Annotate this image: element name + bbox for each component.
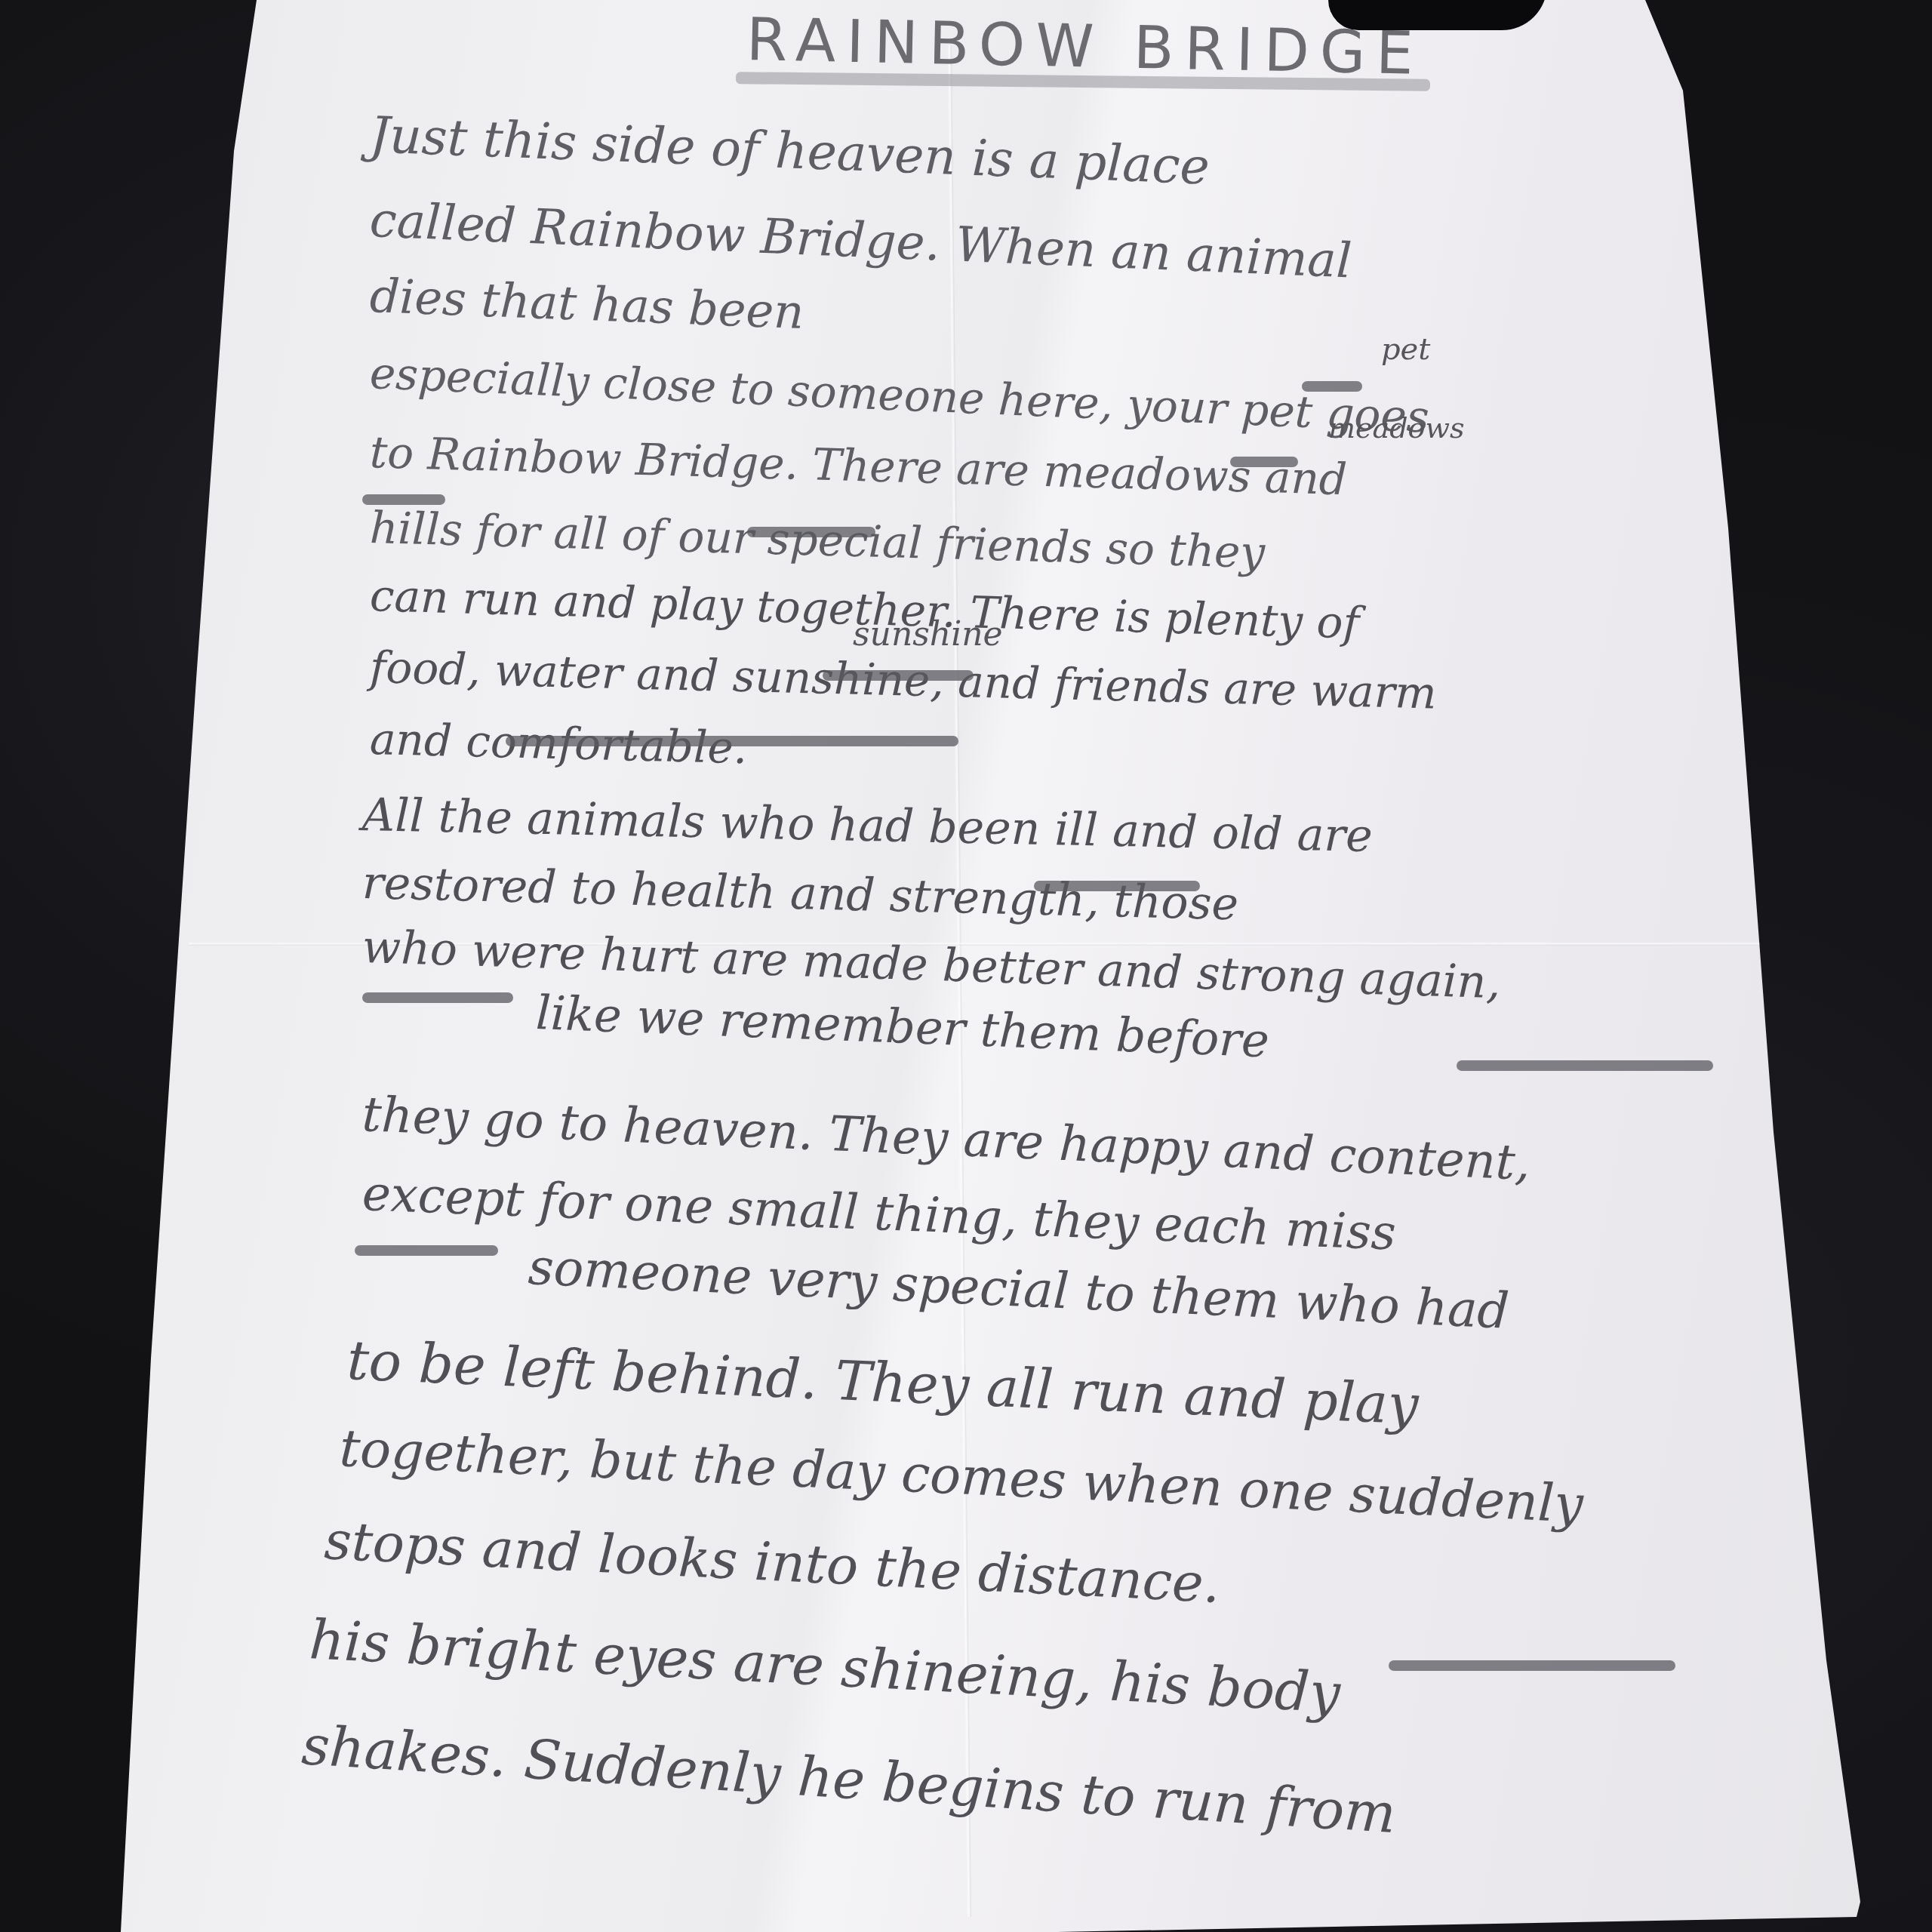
text-line: dies that has been xyxy=(369,268,805,340)
text-line: stops and looks into the distance. xyxy=(323,1509,1222,1615)
text-line: shakes. Suddenly he begins to run from xyxy=(300,1713,1398,1845)
text-line: especially close to someone here, your p… xyxy=(369,347,1430,443)
text-line: his bright eyes are shineing, his body xyxy=(308,1607,1342,1724)
text-line: Just this side of heaven is a place xyxy=(369,106,1211,196)
inserted-word: meadows xyxy=(1328,411,1464,445)
strikethrough xyxy=(362,494,445,505)
inserted-word: sunshine xyxy=(853,615,1003,654)
tape-corner xyxy=(1328,0,1547,30)
strikethrough xyxy=(506,736,958,746)
strikethrough xyxy=(747,527,875,537)
text-line: except for one small thing, they each mi… xyxy=(361,1166,1398,1262)
strikethrough xyxy=(1302,381,1362,392)
strikethrough xyxy=(1034,881,1200,891)
strikethrough xyxy=(1230,457,1298,467)
text-line: to be left behind. They all run and play xyxy=(346,1328,1420,1436)
text-line: restored to health and strength, those xyxy=(361,857,1239,931)
text-line: hills for all of our special friends so … xyxy=(369,502,1266,578)
inserted-word: pet xyxy=(1381,332,1430,367)
strikethrough xyxy=(1389,1660,1675,1671)
text-line: to Rainbow Bridge. There are meadows and xyxy=(369,426,1348,505)
strikethrough xyxy=(362,992,513,1003)
strikethrough xyxy=(355,1245,498,1256)
text-line: who were hurt are made better and strong… xyxy=(361,921,1502,1009)
strikethrough xyxy=(1457,1060,1713,1071)
handwritten-paper: RAINBOW BRIDGE Just this side of heaven … xyxy=(0,0,1932,1932)
text-line: All the animals who had been ill and old… xyxy=(361,789,1373,863)
strikethrough xyxy=(823,670,974,681)
